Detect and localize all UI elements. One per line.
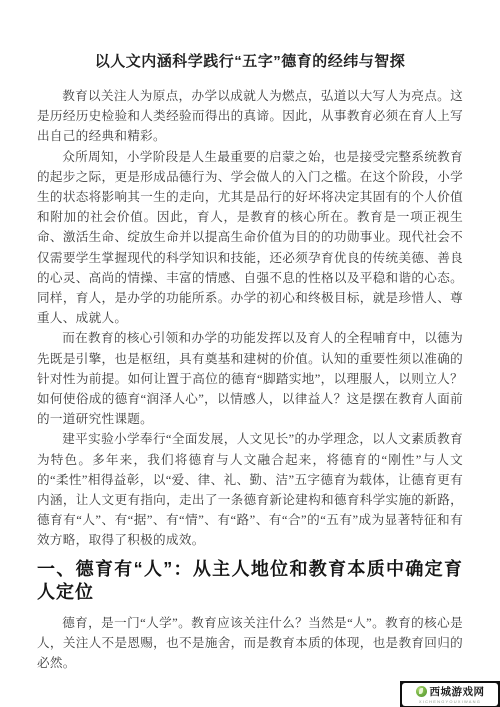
paragraph-intro: 教育以关注人为原点，办学以成就人为燃点，弘道以大写人为亮点。这是历经历史检验和人…	[37, 86, 463, 147]
watermark-badge: 西城游戏网 xichengyouxiwang	[400, 681, 500, 707]
paragraph-primary-stage: 众所周知，小学阶段是人生最重要的启蒙之始，也是接受完整系统教育的起步之际，更是形…	[37, 147, 463, 329]
closing-paragraph: 德育，是一门“人学”。教育应该关注什么？当然是“人”。教育的核心是人，关注人不是…	[37, 613, 463, 674]
document-page: 以人文内涵科学践行“五字”德育的经纬与智探 教育以关注人为原点，办学以成就人为燃…	[0, 0, 500, 707]
section-heading: 一、德育有“人”：从主人地位和教育本质中确定育人定位	[37, 558, 463, 605]
watermark-box: 西城游戏网 xichengyouxiwang	[402, 683, 498, 706]
site-logo-icon	[416, 686, 427, 697]
paragraph-school-practice: 建平实验小学奉行“全面发展，人文见长”的办学理念，以人文素质教育为特色。多年来，…	[37, 429, 463, 550]
site-caption: xichengyouxiwang	[419, 699, 481, 704]
site-name: 西城游戏网	[430, 684, 485, 699]
document-title: 以人文内涵科学践行“五字”德育的经纬与智探	[37, 52, 463, 71]
paragraph-moral-education: 而在教育的核心引领和办学的功能发挥以及育人的全程哺育中，以德为先既是引擎，也是枢…	[37, 328, 463, 429]
